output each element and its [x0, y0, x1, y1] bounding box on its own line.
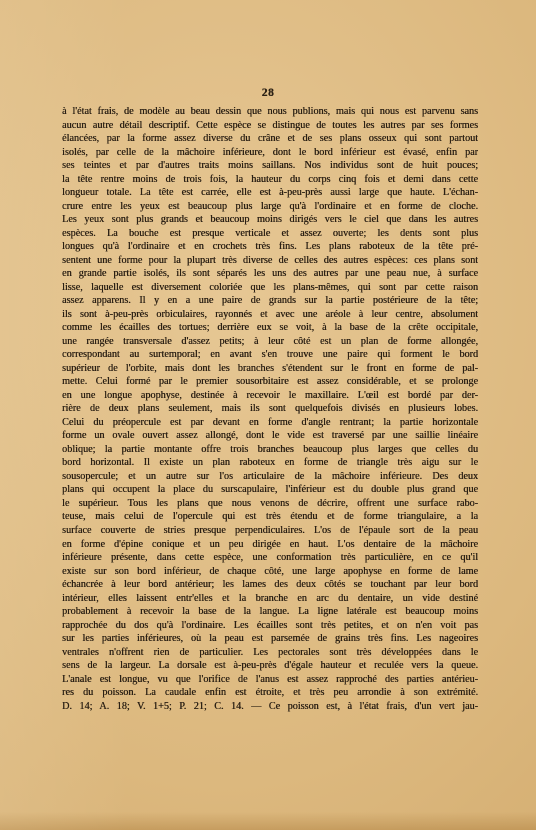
text-line: correspondant au surtemporal; en avant s… [62, 348, 478, 362]
text-line: probablement à recevoir la base de la la… [62, 605, 478, 619]
text-line: assez apparens. Il y en a une paire de g… [62, 294, 478, 308]
text-line: lisse, laquelle est diversement coloriée… [62, 281, 478, 295]
text-line: longues qu'à l'ordinaire et en crochets … [62, 240, 478, 254]
text-line: la tête rentre moins de trois fois, la h… [62, 173, 478, 187]
text-line: inférieure présente, dans cette espèce, … [62, 551, 478, 565]
text-line: crure entre les yeux est beaucoup plus l… [62, 200, 478, 214]
text-line: sentent une forme pour la plupart très d… [62, 254, 478, 268]
text-line: une rangée transversale d'assez petits; … [62, 335, 478, 349]
page-number: 28 [62, 87, 474, 99]
body-text-block: à l'état frais, de modèle au beau dessin… [62, 105, 478, 713]
text-line: existe sur son bord inférieur, de chaque… [62, 565, 478, 579]
text-line: isolés, par celle de la mâchoire inférie… [62, 146, 478, 160]
text-line: en grande partie isolés, ils sont séparé… [62, 267, 478, 281]
text-line: ils sont à-peu-près orbiculaires, rayonn… [62, 308, 478, 322]
text-line: en forme d'épine conique et un peu dirig… [62, 538, 478, 552]
text-line: mette. Celui formé par le premier sousor… [62, 375, 478, 389]
text-line: ventrales n'offrent rien de particulier.… [62, 646, 478, 660]
text-line: plans qui occupent la place du surscapul… [62, 483, 478, 497]
text-line: comme les écailles des tortues; derrière… [62, 321, 478, 335]
text-line: supérieur de l'orbite, mais dont les bra… [62, 362, 478, 376]
text-line: L'anale est longue, vu que l'orifice de … [62, 673, 478, 687]
text-line: surface couverte de stries presque perpe… [62, 524, 478, 538]
text-line: aucun autre détail descriptif. Cette esp… [62, 119, 478, 133]
text-line: rapprochée du dos qu'à l'ordinaire. Les … [62, 619, 478, 633]
text-line: sousopercule; et un autre sur l'os artic… [62, 470, 478, 484]
text-line: intérieur, elles laissent entr'elles et … [62, 592, 478, 606]
text-line: élancées, par la forme assez diverse du … [62, 132, 478, 146]
text-line: longueur totale. La tête est carrée, ell… [62, 186, 478, 200]
text-line: forme un ovale ouvert assez allongé, don… [62, 429, 478, 443]
text-line: D. 14; A. 18; V. 1+5; P. 21; C. 14. — Ce… [62, 700, 478, 714]
text-line: oblique; la partie montante offre trois … [62, 443, 478, 457]
text-line: Les yeux sont plus grands et beaucoup mo… [62, 213, 478, 227]
text-line: rière de deux plans seulement, mais ils … [62, 402, 478, 416]
scanned-book-page: 28 à l'état frais, de modèle au beau des… [0, 0, 536, 830]
text-line: teuse, mais celui de l'opercule qui est … [62, 510, 478, 524]
text-line: ses teintes et par d'autres traits moins… [62, 159, 478, 173]
text-line: sur les parties inférieures, où la peau … [62, 632, 478, 646]
text-line: échancrée à leur bord antérieur; les lam… [62, 578, 478, 592]
text-line: espèces. La bouche est presque verticale… [62, 227, 478, 241]
text-line: en une longue apophyse, destinée à recev… [62, 389, 478, 403]
text-line: bord horizontal. Il existe un plan rabot… [62, 456, 478, 470]
text-line: Celui du préopercule est par devant en f… [62, 416, 478, 430]
text-line: res du poisson. La caudale enfin est étr… [62, 686, 478, 700]
text-line: sens de la largeur. La dorsale est à-peu… [62, 659, 478, 673]
text-line: le supérieur. Tous les plans que nous ve… [62, 497, 478, 511]
text-line: à l'état frais, de modèle au beau dessin… [62, 105, 478, 119]
